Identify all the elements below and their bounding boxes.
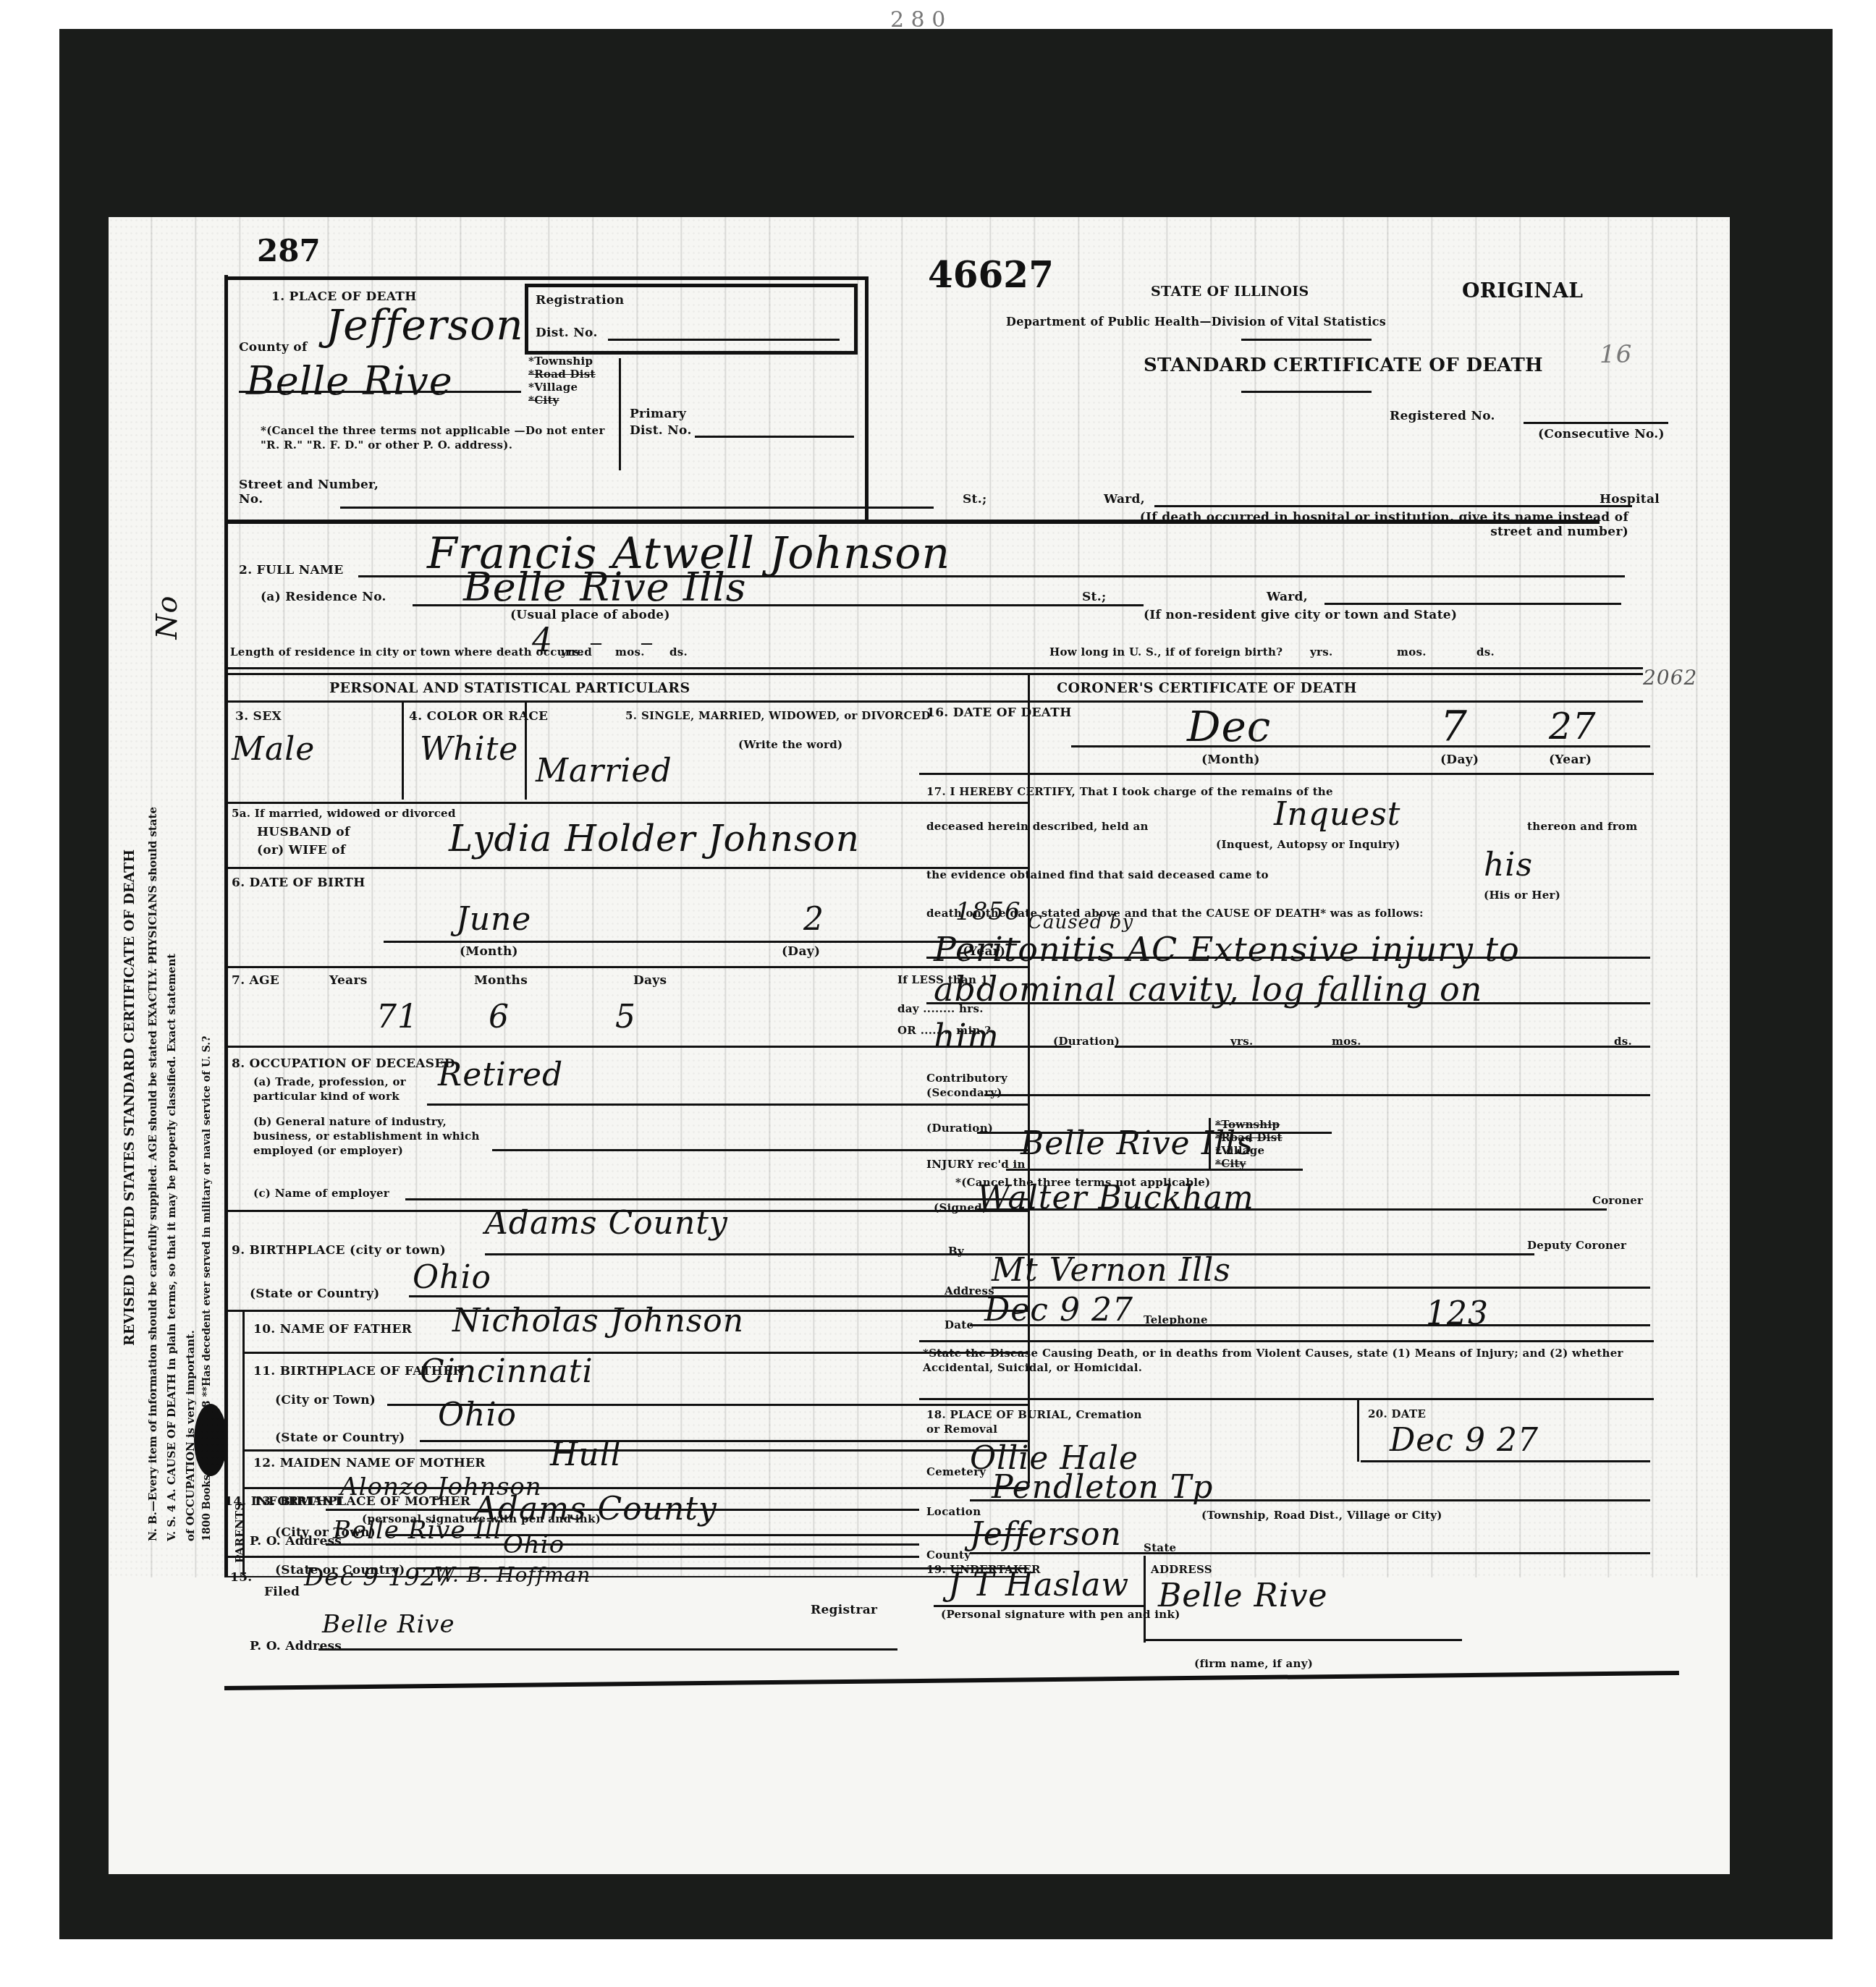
ward-label: Ward, — [1104, 492, 1145, 507]
burial-date-value: Dec 9 27 — [1390, 1422, 1539, 1459]
informant-po-label: P. O. Address — [250, 1534, 342, 1548]
coroner-section-title: CORONER'S CERTIFICATE OF DEATH — [1057, 680, 1357, 696]
scan-bottom-band — [59, 1874, 1833, 1939]
sex-label: 3. SEX — [235, 709, 282, 724]
street-st-label: St.; — [963, 492, 987, 507]
duration-mos-unit: mos. — [1332, 1035, 1361, 1048]
age-days-label: Days — [633, 973, 667, 988]
undertaker-signature-note: (Personal signature with pen and ink) — [941, 1608, 1180, 1621]
age-years-label: Years — [329, 973, 368, 988]
occupation-b-label: (b) General nature of industry, business… — [253, 1114, 492, 1158]
length-yrs-unit: yrs. — [561, 645, 584, 658]
primary-label: Primary — [630, 407, 686, 421]
consecutive-no-label: (Consecutive No.) — [1538, 427, 1665, 441]
occupation-value: Retired — [438, 1056, 563, 1093]
father-state-label: (State or Country) — [275, 1431, 405, 1445]
town-value: Belle Rive — [246, 358, 453, 404]
telephone-value: 123 — [1426, 1295, 1489, 1332]
undertaker-address-label: ADDRESS — [1151, 1563, 1212, 1576]
birthplace-label: 9. BIRTHPLACE (city or town) — [232, 1243, 446, 1258]
margin-instructions-1: N. B.—Every item of information should b… — [146, 807, 159, 1541]
undertaker-address-value: Belle Rive — [1158, 1577, 1328, 1614]
burial-date-label: 20. DATE — [1368, 1407, 1426, 1420]
marital-note: (Write the word) — [738, 738, 842, 751]
duration-label: (Duration) — [1053, 1035, 1120, 1048]
residence-label: (a) Residence No. — [261, 590, 386, 604]
how-long-in-us-label: How long in U. S., if of foreign birth? — [1049, 645, 1283, 658]
age-label: 7. AGE — [232, 973, 279, 988]
duration-yrs-unit: yrs. — [1230, 1035, 1254, 1048]
length-years-value: 4 — [532, 622, 553, 659]
birthplace-city-value: Adams County — [485, 1205, 728, 1242]
margin-note-right: 2062 — [1643, 666, 1697, 690]
spouse-label-1: 5a. If married, widowed or divorced — [232, 807, 456, 820]
personal-section-title: PERSONAL AND STATISTICAL PARTICULARS — [329, 680, 690, 696]
dod-year-note: (Year) — [1549, 753, 1592, 767]
town-type-road-dist: *Road Dist — [528, 368, 593, 381]
hospital-note: (If death occurred in hospital or instit… — [1122, 510, 1628, 539]
marital-value: Married — [536, 753, 672, 789]
cancel-terms-note: *(Cancel the three terms not applicable … — [261, 423, 615, 452]
registrar-label: Registrar — [811, 1603, 877, 1617]
how-long-ds-unit: ds. — [1476, 645, 1495, 658]
coroner-signature: Walter Buckham — [977, 1179, 1254, 1216]
full-name-label: 2. FULL NAME — [239, 563, 344, 577]
primary-dist-no-label: Dist. No. — [630, 423, 692, 438]
his-her-value: his — [1484, 847, 1533, 884]
birthplace-state-value: Ohio — [413, 1259, 491, 1296]
state-title: STATE OF ILLINOIS — [1151, 284, 1309, 300]
filed-date-value: Dec 9 1927 — [304, 1563, 453, 1592]
date-of-death-label: 16. DATE OF DEATH — [926, 706, 1072, 720]
informant-value: Alonzo Johnson — [340, 1473, 542, 1501]
margin-instructions-2: V. S. 4 A. CAUSE OF DEATH in plain terms… — [165, 954, 178, 1541]
coroner-date-value: Dec 9 27 — [984, 1292, 1133, 1329]
firm-name-note: (firm name, if any) — [1194, 1657, 1313, 1670]
town-type-village: *Village — [528, 381, 593, 394]
spouse-label-2: HUSBAND of — [257, 825, 350, 839]
father-name-value: Nicholas Johnson — [452, 1302, 744, 1339]
residence-ward-label: Ward, — [1267, 590, 1308, 604]
certificate-title: STANDARD CERTIFICATE OF DEATH — [1144, 355, 1543, 376]
informant-po-value: Belle Rive Ill — [333, 1516, 502, 1545]
registrar-signature: W. B. Hoffman — [434, 1563, 591, 1587]
page-number-stamp: 287 — [257, 233, 321, 268]
registered-no-label: Registered No. — [1390, 409, 1495, 423]
registration-label: Registration — [536, 293, 624, 308]
filed-label: Filed — [264, 1585, 300, 1599]
birthplace-state-label: (State or Country) — [250, 1287, 380, 1301]
race-label: 4. COLOR OR RACE — [409, 709, 548, 724]
occupation-c-label: (c) Name of employer — [253, 1187, 389, 1200]
injury-type-road-dist: *Road Dist — [1215, 1131, 1288, 1144]
filed-po-value: Belle Rive — [322, 1610, 455, 1639]
dob-day-value: 2 — [803, 901, 824, 938]
mother-name-label: 12. MAIDEN NAME OF MOTHER — [253, 1456, 486, 1470]
cause-footnote: *State the Disease Causing Death, or in … — [923, 1346, 1647, 1375]
informant-label: 14. INFORMANT — [224, 1494, 343, 1509]
burial-county-value: Jefferson — [970, 1516, 1122, 1553]
race-value: White — [420, 731, 518, 768]
burial-label: 18. PLACE OF BURIAL, Cremation or Remova… — [926, 1407, 1144, 1436]
burial-county-label: County — [926, 1548, 971, 1562]
county-label: County of — [239, 340, 308, 355]
original-label: ORIGINAL — [1462, 279, 1583, 302]
parents-side-label: PARENTS — [233, 1502, 246, 1563]
department-title: Department of Public Health—Division of … — [1006, 315, 1386, 329]
location-note: (Township, Road Dist., Village or City) — [1201, 1509, 1442, 1522]
injury-type-city: *City — [1215, 1157, 1288, 1170]
mother-name-value: Hull — [550, 1436, 622, 1473]
hospital-label: Hospital — [1600, 492, 1660, 507]
dod-day-note: (Day) — [1440, 753, 1479, 767]
age-days-value: 5 — [615, 999, 636, 1035]
margin-vertical-title: REVISED UNITED STATES STANDARD CERTIFICA… — [122, 850, 138, 1346]
dod-year-value: 27 — [1549, 706, 1597, 747]
margin-note-left: No — [151, 595, 184, 639]
spouse-value: Lydia Holder Johnson — [449, 818, 860, 860]
usual-abode-note: (Usual place of abode) — [510, 608, 670, 622]
union-label-seal-icon — [194, 1404, 227, 1476]
injury-type-village: *Village — [1215, 1144, 1288, 1157]
dob-month-value: June — [456, 901, 531, 938]
residence-value: Belle Rive Ills — [463, 564, 746, 610]
certify-label: 17. I HEREBY CERTIFY, That I took charge… — [926, 785, 1333, 798]
age-years-value: 71 — [376, 999, 418, 1035]
town-type-city: *City — [528, 394, 593, 407]
margin-note-right-top: 16 — [1600, 340, 1632, 369]
length-ds-unit: ds. — [669, 645, 688, 658]
by-label: By — [948, 1245, 964, 1258]
deceased-described-label: deceased herein described, held an — [926, 820, 1149, 833]
thereon-label: thereon and from — [1527, 820, 1637, 833]
his-her-note: (His or Her) — [1484, 889, 1560, 902]
residence-st-label: St.; — [1082, 590, 1107, 604]
length-months-value: — — [590, 637, 602, 651]
age-months-label: Months — [474, 973, 528, 988]
coroner-address-value: Mt Vernon Ills — [992, 1252, 1231, 1289]
town-type-list: *Township *Road Dist *Village *City — [528, 355, 593, 407]
filed-po-label: P. O. Address — [250, 1639, 342, 1653]
dod-day-value: 7 — [1440, 702, 1468, 751]
date-of-birth-label: 6. DATE OF BIRTH — [232, 876, 366, 890]
injury-type-list: *Township *Road Dist *Village *City — [1209, 1118, 1288, 1170]
father-birthplace-city: Cincinnati — [420, 1353, 593, 1390]
deputy-coroner-label: Deputy Coroner — [1527, 1239, 1626, 1252]
county-value: Jefferson — [326, 300, 524, 349]
dod-month-value: Dec — [1187, 702, 1271, 751]
father-name-label: 10. NAME OF FATHER — [253, 1322, 412, 1336]
occupation-a-label: (a) Trade, profession, or particular kin… — [253, 1075, 427, 1103]
evidence-label: the evidence obtained find that said dec… — [926, 868, 1269, 881]
cause-line-1: Peritonitis AC Extensive injury to — [934, 930, 1520, 969]
father-city-label: (City or Town) — [275, 1393, 376, 1407]
occupation-label: 8. OCCUPATION OF DECEASED — [232, 1056, 455, 1071]
coroner-title-label: Coroner — [1592, 1194, 1643, 1207]
certificate-number: 46627 — [928, 253, 1054, 296]
filed-number: 15. — [230, 1570, 252, 1585]
inquest-value: Inquest — [1274, 796, 1401, 833]
spouse-label-3: (or) WIFE of — [257, 843, 346, 857]
age-months-value: 6 — [489, 999, 510, 1035]
sex-value: Male — [232, 731, 315, 768]
burial-state-label: State — [1144, 1541, 1176, 1554]
undertaker-value: J T Haslaw — [948, 1567, 1129, 1603]
registration-dist-no-label: Dist. No. — [536, 326, 598, 340]
nonresident-note: (If non-resident give city or town and S… — [1144, 608, 1457, 622]
father-birthplace-state: Ohio — [438, 1397, 517, 1433]
cause-line-3: him — [934, 1017, 1000, 1056]
town-type-township: *Township — [528, 355, 593, 368]
street-number-label: Street and Number, No. — [239, 478, 384, 507]
how-long-yrs-unit: yrs. — [1310, 645, 1333, 658]
how-long-mos-unit: mos. — [1397, 645, 1427, 658]
duration-ds-unit: ds. — [1614, 1035, 1632, 1048]
injury-type-township: *Township — [1215, 1118, 1288, 1131]
dod-month-note: (Month) — [1201, 753, 1260, 767]
inquest-note: (Inquest, Autopsy or Inquiry) — [1216, 838, 1400, 851]
dob-month-note: (Month) — [460, 944, 518, 959]
dob-day-note: (Day) — [782, 944, 820, 959]
telephone-label: Telephone — [1144, 1313, 1208, 1326]
length-days-value: — — [641, 637, 653, 651]
